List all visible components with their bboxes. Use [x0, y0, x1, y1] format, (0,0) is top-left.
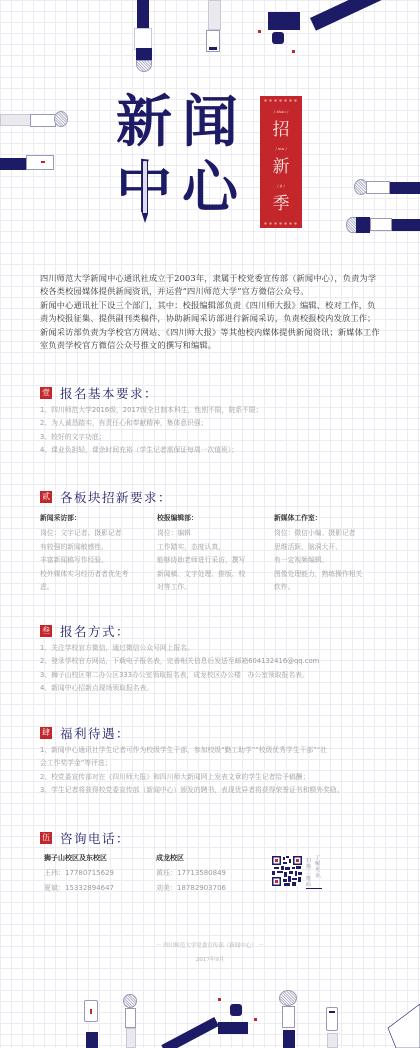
banner-pinyin-ji: / ji / — [260, 183, 302, 188]
department-line: 对等工作。 — [157, 581, 265, 594]
department-line: 有一定视频编辑、 — [274, 554, 382, 567]
department-new-media-studio: 新媒体工作室： 岗位：微信小编、摄影记者 思维活跃、脑洞大开、 有一定视频编辑、… — [274, 512, 382, 594]
hand-microphone-illustration-bottom-left — [123, 994, 139, 1048]
department-heading: 新媒体工作室： — [274, 512, 382, 525]
section-title: 福利待遇： — [60, 724, 130, 742]
department-line: 岗位：文字记者、摄影记者 — [40, 527, 148, 540]
contact-phone: 夏斌：15332894647 — [44, 881, 114, 896]
banner-char-xin: 新 — [260, 152, 302, 177]
title-char-xin2: 心 — [182, 160, 238, 216]
intro-paragraph: 四川师范大学新闻中心通讯社成立于2003年，隶属于校党委宣传部（新闻中心），负责… — [40, 272, 382, 299]
list-item: 3、狮子山校区第二办公区333办公室领取报名表，成龙校区办公楼 办公室领取报名表… — [40, 669, 390, 682]
list-item: 3、学生记者将获得校党委宣传部（新闻中心）颁发的聘书，表现优异者将获得荣誉证书和… — [40, 784, 390, 797]
hand-microphone-illustration-right-lower — [346, 215, 420, 235]
hand-microphone-illustration-left — [0, 110, 70, 130]
benefits-list: 1、新闻中心通讯社学生记者可作为校级学生干部，参加校级“勤工助学”“校级优秀学生… — [40, 744, 390, 797]
list-item: 1、四川师范大学2016级，2017级全日制本科生，性别不限，院系不限； — [40, 404, 390, 417]
list-item: 3、较好的文字功底； — [40, 431, 390, 444]
department-line: 图像处理能力，熟练操作相关 — [274, 568, 382, 581]
banner-char-ji: 季 — [260, 189, 302, 214]
section-title: 报名方式： — [60, 622, 130, 640]
department-line: 岗位：编辑 — [157, 527, 265, 540]
qr-caption-col1: 扫描二维码 — [306, 858, 311, 888]
section-number-badge: 贰 — [40, 491, 52, 503]
list-item: 4、新闻中心招新点现场领取报名表。 — [40, 682, 390, 695]
department-line: 岗位：微信小编、摄影记者 — [274, 527, 382, 540]
qr-code[interactable] — [272, 856, 302, 886]
list-item: 4、课业负担轻，课余时间充裕（学生记者需保证每周一次值班）； — [40, 444, 390, 457]
intro-paragraph: 新闻中心通讯社下设三个部门，其中：校报编辑部负责《四川师大报》编辑、校对工作，负… — [40, 299, 382, 353]
intro-text: 四川师范大学新闻中心通讯社成立于2003年，隶属于校党委宣传部（新闻中心），负责… — [40, 272, 382, 352]
section-heading-benefits: 肆 福利待遇： — [40, 724, 130, 742]
section-number-badge: 壹 — [40, 387, 52, 399]
hand-phone-illustration-left — [0, 155, 56, 173]
department-heading: 校报编辑部： — [157, 512, 265, 525]
list-item: 2、校党委宣传部对在《四川师大报》和四川师大新闻网上发表文章的学生记者给予稿酬； — [40, 771, 390, 784]
banner-pinyin-xin: / xin / — [260, 146, 302, 151]
list-item: 2、登录学校官方网站，下载电子报名表，完善相关信息后发送至邮箱604132416… — [40, 655, 390, 668]
campus-name: 狮子山校区及东校区 — [44, 851, 114, 866]
footer-date: 2017年9月 — [0, 955, 420, 963]
banner-pinyin-zhao: / zhao / — [260, 109, 302, 114]
footer-org: － 四川师范大学党委宣传部（新闻中心） － — [0, 941, 420, 949]
qr-caption-col2: 了解更多， — [315, 855, 320, 879]
registration-methods-list: 1、关注学校官方微信，通过微信公众号网上报名。 2、登录学校官方网站，下载电子报… — [40, 642, 390, 695]
section-heading-contact: 伍 咨询电话： — [40, 829, 130, 847]
hand-microphone-illustration-right-upper — [354, 178, 420, 198]
hand-microphone-illustration-bottom-right — [279, 990, 299, 1048]
hand-camera-illustration-bottom — [166, 1000, 262, 1048]
qr-code-icon — [272, 856, 302, 886]
qr-caption: 扫描二维码 了解更多， — [306, 855, 322, 887]
contact-phone: 黄珏：17713580849 — [156, 866, 226, 881]
paper-curl-decoration — [384, 1004, 420, 1048]
department-news-interview: 新闻采访部： 岗位：文字记者、摄影记者 有较强的新闻敏感性、 丰富新闻稿写作经验… — [40, 512, 148, 594]
contact-phone: 王玮：17780715629 — [44, 866, 114, 881]
list-item: 2、为人诚恳踏实，有责任心和奉献精神，集体意识强； — [40, 417, 390, 430]
contact-shizishan-campus: 狮子山校区及东校区 王玮：17780715629 夏斌：15332894647 — [44, 851, 114, 896]
department-line: 思维活跃、脑洞大开、 — [274, 541, 382, 554]
contact-chenglong-campus: 成龙校区 黄珏：17713580849 刘美：18782903706 — [156, 851, 226, 896]
hand-phone-illustration-bottom — [84, 1000, 100, 1048]
section-number-badge: 伍 — [40, 832, 52, 844]
section-heading-registration-methods: 叁 报名方式： — [40, 622, 130, 640]
list-item: 1、新闻中心通讯社学生记者可作为校级学生干部，参加校级“勤工助学”“校级优秀学生… — [40, 744, 390, 757]
section-number-badge: 肆 — [40, 727, 52, 739]
campus-name: 成龙校区 — [156, 851, 226, 866]
department-line: 有较强的新闻敏感性、 — [40, 541, 148, 554]
department-line: 校外媒体实习经历者者优先考 — [40, 568, 148, 581]
department-heading: 新闻采访部： — [40, 512, 148, 525]
hand-microphone-illustration-top-left — [136, 0, 156, 74]
title-char-wen: 闻 — [182, 94, 238, 150]
department-newspaper-editorial: 校报编辑部： 岗位：编辑 工作踏实，态度认真， 能够协助老师进行采访，撰写 新闻… — [157, 512, 265, 594]
department-line: 虑。 — [40, 581, 148, 594]
department-line: 能够协助老师进行采访，撰写 — [157, 554, 265, 567]
contact-phone: 刘美：18782903706 — [156, 881, 226, 896]
basic-requirements-list: 1、四川师范大学2016级，2017级全日制本科生，性别不限，院系不限； 2、为… — [40, 404, 390, 457]
section-title: 各板块招新要求： — [60, 488, 172, 506]
section-title: 咨询电话： — [60, 829, 130, 847]
list-item: 会工作奖学金”等评选； — [40, 757, 390, 770]
department-line: 软件。 — [274, 581, 382, 594]
hand-recorder-illustration-bottom — [326, 1007, 340, 1048]
pencil-icon — [142, 160, 148, 224]
title-char-xin: 新 — [116, 94, 172, 150]
section-number-badge: 叁 — [40, 625, 52, 637]
hand-recorder-illustration-top — [206, 0, 222, 54]
department-line: 新闻稿、文字处理、排版、校 — [157, 568, 265, 581]
list-item: 1、关注学校官方微信，通过微信公众号网上报名。 — [40, 642, 390, 655]
department-line: 丰富新闻稿写作经验、 — [40, 554, 148, 567]
hand-camera-illustration-top-right — [262, 0, 420, 50]
banner-char-zhao: 招 — [260, 115, 302, 140]
department-line: 工作踏实，态度认真， — [157, 541, 265, 554]
recruitment-banner: / zhao / 招 / xin / 新 / ji / 季 — [260, 96, 302, 228]
section-title: 报名基本要求： — [60, 384, 158, 402]
section-heading-basic-requirements: 壹 报名基本要求： — [40, 384, 158, 402]
section-heading-department-requirements: 贰 各板块招新要求： — [40, 488, 172, 506]
